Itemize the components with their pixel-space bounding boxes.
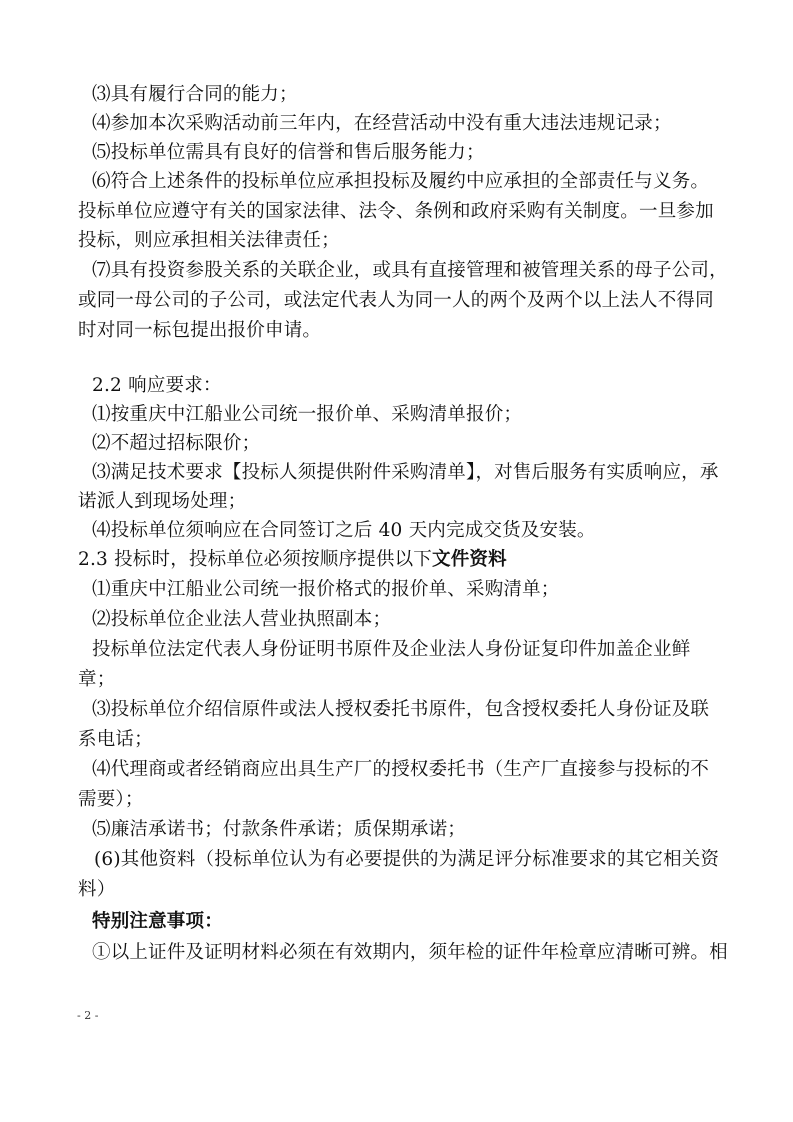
paragraph-line: ⑴按重庆中江船业公司统一报价单、采购清单报价； — [92, 400, 522, 429]
paragraph-line: ⑸投标单位需具有良好的信誉和售后服务能力； — [92, 138, 485, 167]
paragraph-line: ⑶具有履行合同的能力； — [92, 80, 298, 109]
paragraph-line: 投标，则应承担相关法律责任； — [78, 226, 340, 255]
paragraph-line: ⑹符合上述条件的投标单位应承担投标及履约中应承担的全部责任与义务。 — [92, 167, 709, 196]
paragraph-line: ⑶满足技术要求【投标人须提供附件采购清单】，对售后服务有实质响应，承 — [92, 458, 719, 487]
paragraph-line: 系电话； — [78, 725, 153, 754]
paragraph-line: 需要）； — [78, 785, 144, 814]
section-heading-2-2: 2.2 响应要求： — [92, 371, 222, 400]
paragraph-line: 章； — [78, 665, 115, 694]
paragraph-line: ⑷投标单位须响应在合同签订之后 40 天内完成交货及安装。 — [92, 516, 596, 545]
paragraph-line: ⑸廉洁承诺书；付款条件承诺；质保期承诺； — [92, 815, 466, 844]
paragraph-line: 投标单位法定代表人身份证明书原件及企业法人身份证复印件加盖企业鲜 — [92, 635, 690, 664]
paragraph-line: ⑷参加本次采购活动前三年内，在经营活动中没有重大违法违规记录； — [92, 109, 672, 138]
paragraph-line: ⑺具有投资参股关系的关联企业，或具有直接管理和被管理关系的母子公司， — [92, 256, 728, 285]
heading-bold-text: 文件资料 — [432, 549, 507, 570]
paragraph-line: ⑵不超过招标限价； — [92, 429, 260, 458]
paragraph-line: 投标单位应遵守有关的国家法律、法令、条例和政府采购有关制度。一旦参加 — [78, 197, 714, 226]
paragraph-line: ⑵投标单位企业法人营业执照副本； — [92, 605, 391, 634]
paragraph-line: ⑶投标单位介绍信原件或法人授权委托书原件，包含授权委托人身份证及联 — [92, 695, 709, 724]
paragraph-line: 诺派人到现场处理； — [78, 487, 246, 516]
heading-text: 2.3 投标时，投标单位必须按顺序提供以下 — [78, 549, 432, 570]
paragraph-line: 料） — [78, 875, 115, 904]
paragraph-line: ⑴重庆中江船业公司统一报价格式的报价单、采购清单； — [92, 575, 560, 604]
section-heading-2-3: 2.3 投标时，投标单位必须按顺序提供以下文件资料 — [78, 545, 507, 574]
paragraph-line: ⑷代理商或者经销商应出具生产厂的授权委托书（生产厂直接参与投标的不 — [92, 755, 709, 784]
paragraph-line: ①以上证件及证明材料必须在有效期内，须年检的证件年检章应清晰可辨。相 — [92, 938, 728, 967]
paragraph-line: 时对同一标包提出报价申请。 — [78, 316, 321, 345]
page-number: - 2 - — [77, 1009, 98, 1022]
paragraph-line: (6)其他资料（投标单位认为有必要提供的为满足评分标准要求的其它相关资 — [94, 845, 719, 874]
special-notes-heading: 特别注意事项： — [92, 907, 223, 936]
paragraph-line: 或同一母公司的子公司，或法定代表人为同一人的两个及两个以上法人不得同 — [78, 286, 714, 315]
